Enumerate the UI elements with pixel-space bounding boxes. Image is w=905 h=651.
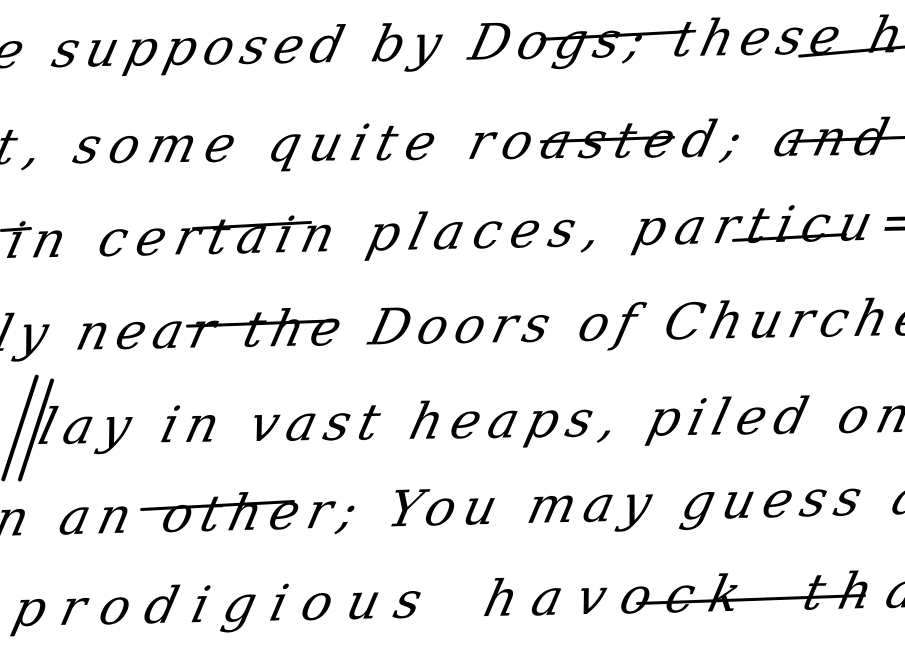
handwritten-line: in certain places, particu= xyxy=(1,193,905,270)
handwritten-line: e supposed by Dogs; these half xyxy=(0,5,905,80)
manuscript-scan: e supposed by Dogs; these half t, some q… xyxy=(0,0,905,651)
handwritten-line: t, some quite roasted; and xyxy=(0,109,903,176)
handwritten-line: n an other; You may guess a xyxy=(0,467,905,548)
handwritten-line: ly near the Doors of Churches, xyxy=(0,288,905,363)
handwritten-line: lay in vast heaps, piled on xyxy=(33,386,905,456)
